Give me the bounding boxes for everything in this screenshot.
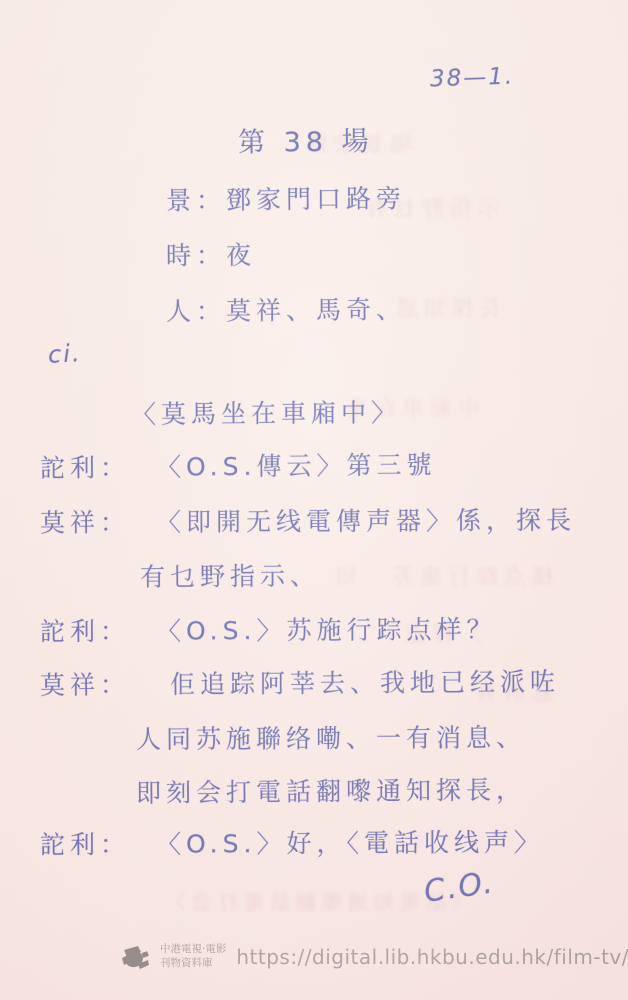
watermark-label-line1: 中港電視·電影 [160, 943, 226, 957]
end-note: C.O. [422, 865, 497, 909]
dialogue-speaker: 詑利： [40, 612, 130, 648]
dialogue-speaker: 詑利： [40, 825, 130, 861]
watermark-url: https://digital.lib.hkbu.edu.hk/film-tv/ [236, 945, 628, 969]
scene-heading: 第 38 場 [238, 119, 374, 159]
library-watermark: 中港電視·電影 刊物資料庫 https://digital.lib.hkbu.e… [118, 940, 628, 974]
dialogue-speaker: 莫祥： [40, 503, 130, 539]
dialogue-text: 有乜野指示、 [140, 561, 320, 591]
dialogue-line: 詑利：〈O.S.傳云〉第三號 [40, 445, 437, 484]
dialogue-text: 人同苏施聯络嘞、一有消息、 [136, 723, 526, 754]
margin-note: ci. [47, 339, 82, 369]
bleed-through-text: 様点踪行施苏 知 [330, 560, 554, 591]
dialogue-line: 莫祥：佢追踪阿莘去、我地已经派咗 [40, 662, 560, 702]
dialogue-speaker: 詑利： [40, 448, 130, 485]
scene-location: 景：鄧家門口路旁 [166, 179, 406, 218]
dialogue-text: 〈O.S.傳云〉第三號 [156, 450, 437, 481]
dialogue-line: 人同苏施聯络嘞、一有消息、 [136, 718, 526, 756]
dialogue-speaker: 莫祥： [40, 665, 130, 702]
bleed-through-text: 長探知通 [390, 292, 502, 323]
watermark-label: 中港電視·電影 刊物資料庫 [160, 943, 226, 970]
dialogue-line: 莫祥：〈即開无线電傳声器〉係，探長 [40, 501, 576, 540]
scanned-script-page: 場景家鄧 示指野乜有 長探知通 中廂車在坐 様点踪行施苏 知 〉样点 息消有 〈… [0, 0, 628, 1000]
dialogue-text: 佢追踪阿莘去、我地已经派咗 [170, 667, 560, 699]
dialogue-line: 有乜野指示、 [140, 556, 320, 593]
dialogue-text: 〈O.S.〉苏施行踪点样？ [156, 615, 497, 646]
scene-cast: 人：莫祥、馬奇、 [166, 290, 406, 328]
page-number: 38—1. [430, 64, 515, 93]
film-spotlight-icon [118, 940, 152, 974]
dialogue-line: 詑利：〈O.S.〉苏施行踪点样？ [40, 610, 497, 648]
dialogue-text: 〈即開无线電傳声器〉係，探長 [156, 506, 576, 537]
dialogue-text: 即刻会打電話翻嚟通知探長， [136, 775, 526, 807]
scene-time: 時：夜 [166, 236, 256, 273]
action-line: 〈莫馬坐在車廂中〉 [131, 393, 401, 431]
dialogue-line: 詑利：〈O.S.〉好，〈電話收线声〉 [40, 823, 544, 862]
watermark-label-line2: 刊物資料庫 [160, 957, 226, 971]
dialogue-text: 〈O.S.〉好，〈電話收线声〉 [156, 828, 544, 859]
dialogue-line: 即刻会打電話翻嚟通知探長， [136, 770, 526, 809]
